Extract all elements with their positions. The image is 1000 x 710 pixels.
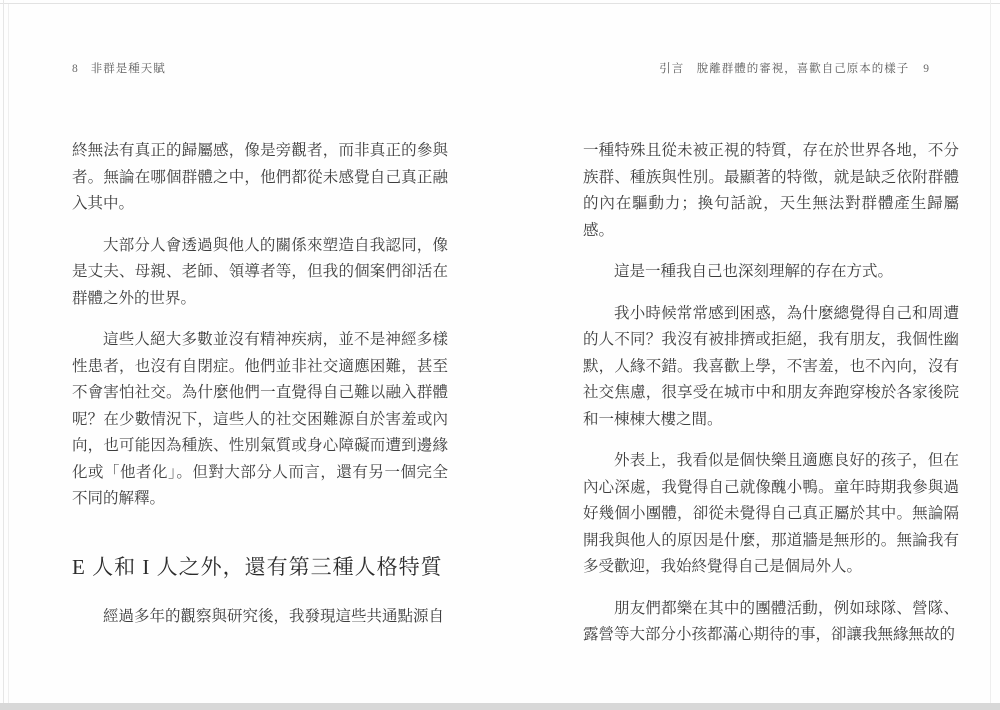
paragraph: 這是一種我自己也深刻理解的存在方式。 bbox=[583, 259, 959, 286]
paragraph: 大部分人會透過與他人的關係來塑造自我認同，像是丈夫、母親、老師、領導者等，但我的… bbox=[72, 233, 448, 313]
paragraph: 外表上，我看似是個快樂且適應良好的孩子，但在內心深處，我覺得自己就像醜小鴨。童年… bbox=[583, 448, 959, 581]
paragraph: 我小時候常常感到困惑，為什麼總覺得自己和周遭的人不同？我沒有被排擠或拒絕，我有朋… bbox=[583, 301, 959, 434]
left-running-title: 非群是種天賦 bbox=[91, 63, 166, 75]
right-page: 引言 脫離群體的審視，喜歡自己原本的樣子9 一種特殊且從未被正視的特質，存在於世… bbox=[500, 0, 1000, 703]
paragraph: 這些人絕大多數並沒有精神疾病，並不是神經多樣性患者，也沒有自閉症。他們並非社交適… bbox=[72, 327, 448, 513]
right-running-title: 引言 脫離群體的審視，喜歡自己原本的樣子 bbox=[659, 63, 909, 75]
left-page-number: 8 bbox=[72, 63, 79, 75]
paragraph: 朋友們都樂在其中的團體活動，例如球隊、營隊、露營等大部分小孩都滿心期待的事，卻讓… bbox=[583, 596, 959, 649]
scan-edge-bottom bbox=[0, 703, 1000, 710]
book-spread-scan: 8非群是種天賦 終無法有真正的歸屬感，像是旁觀者，而非真正的參與者。無論在哪個群… bbox=[0, 0, 1000, 710]
right-page-number: 9 bbox=[923, 63, 930, 75]
left-page: 8非群是種天賦 終無法有真正的歸屬感，像是旁觀者，而非真正的參與者。無論在哪個群… bbox=[0, 0, 500, 703]
paragraph: 終無法有真正的歸屬感，像是旁觀者，而非真正的參與者。無論在哪個群體之中，他們都從… bbox=[72, 138, 448, 218]
paragraph: 經過多年的觀察與研究後，我發現這些共通點源自 bbox=[72, 604, 448, 631]
paragraph: 一種特殊且從未被正視的特質，存在於世界各地，不分族群、種族與性別。最顯著的特徵，… bbox=[583, 138, 959, 244]
right-body-text: 一種特殊且從未被正視的特質，存在於世界各地，不分族群、種族與性別。最顯著的特徵，… bbox=[583, 138, 959, 664]
left-body-text: 終無法有真正的歸屬感，像是旁觀者，而非真正的參與者。無論在哪個群體之中，他們都從… bbox=[72, 138, 448, 645]
left-running-head: 8非群是種天賦 bbox=[72, 60, 166, 76]
right-running-head: 引言 脫離群體的審視，喜歡自己原本的樣子9 bbox=[659, 60, 930, 76]
section-heading: E 人和 I 人之外，還有第三種人格特質 bbox=[72, 552, 448, 582]
